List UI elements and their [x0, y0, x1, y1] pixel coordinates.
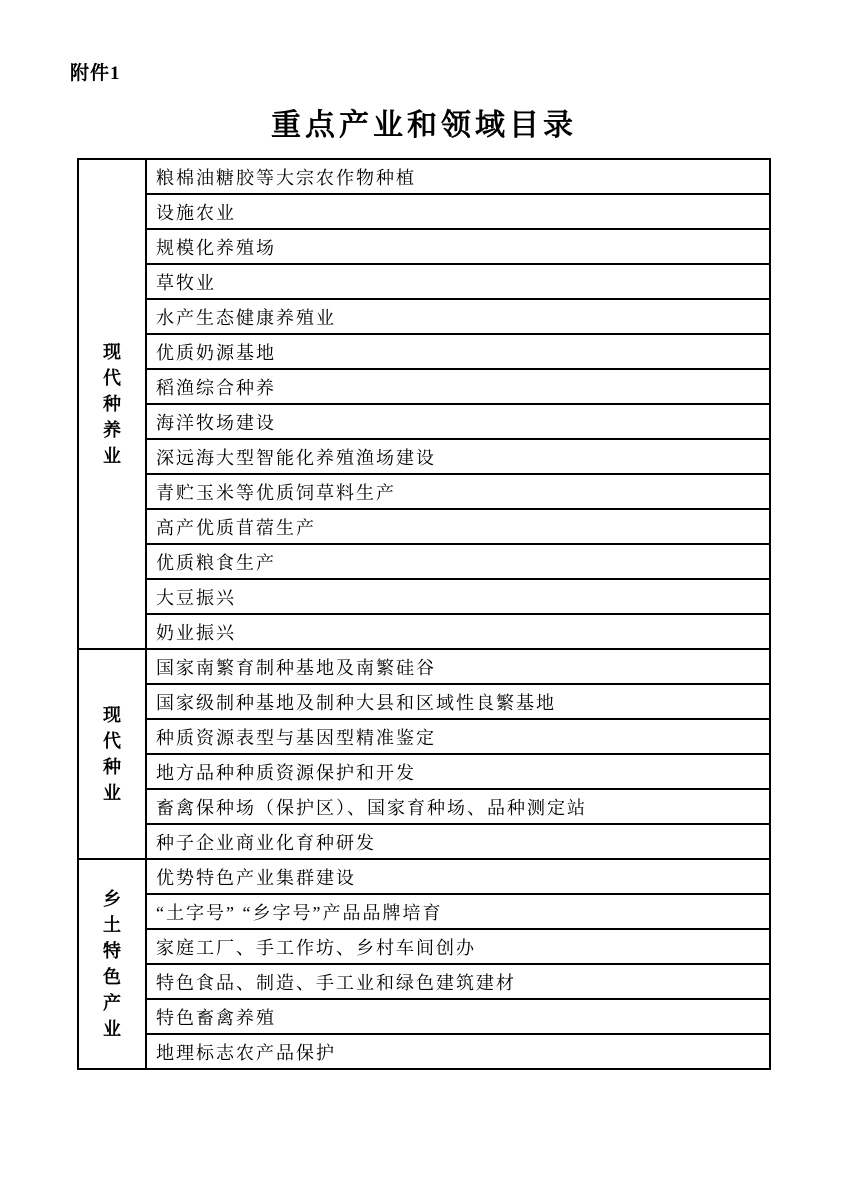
item-cell: 家庭工厂、手工作坊、乡村车间创办 — [146, 929, 770, 964]
category-char: 色 — [79, 964, 145, 990]
document-page: 附件1 重点产业和领域目录 现代种养业粮棉油糖胶等大宗农作物种植设施农业规模化养… — [0, 0, 848, 1200]
table-row: 现代种养业粮棉油糖胶等大宗农作物种植 — [78, 159, 770, 194]
table-row: 设施农业 — [78, 194, 770, 229]
category-char: 产 — [79, 990, 145, 1016]
table-row: 畜禽保种场（保护区）、国家育种场、品种测定站 — [78, 789, 770, 824]
item-cell: 国家南繁育制种基地及南繁硅谷 — [146, 649, 770, 684]
item-cell: 种子企业商业化育种研发 — [146, 824, 770, 859]
table-row: 奶业振兴 — [78, 614, 770, 649]
category-char: 业 — [79, 1016, 145, 1042]
attachment-label: 附件1 — [70, 58, 121, 85]
category-char: 代 — [79, 365, 145, 391]
category-char: 现 — [79, 702, 145, 728]
category-char: 养 — [79, 417, 145, 443]
category-char: 土 — [79, 912, 145, 938]
industry-table: 现代种养业粮棉油糖胶等大宗农作物种植设施农业规模化养殖场草牧业水产生态健康养殖业… — [77, 158, 771, 1070]
item-cell: 优质粮食生产 — [146, 544, 770, 579]
page-title: 重点产业和领域目录 — [0, 100, 848, 144]
category-char: 乡 — [79, 886, 145, 912]
table-row: 大豆振兴 — [78, 579, 770, 614]
table-row: 深远海大型智能化养殖渔场建设 — [78, 439, 770, 474]
table-row: 水产生态健康养殖业 — [78, 299, 770, 334]
item-cell: 奶业振兴 — [146, 614, 770, 649]
item-cell: 特色食品、制造、手工业和绿色建筑建材 — [146, 964, 770, 999]
category-cell: 现代种业 — [78, 649, 146, 859]
item-cell: 优势特色产业集群建设 — [146, 859, 770, 894]
category-cell: 现代种养业 — [78, 159, 146, 649]
table-row: 现代种业国家南繁育制种基地及南繁硅谷 — [78, 649, 770, 684]
table-row: 规模化养殖场 — [78, 229, 770, 264]
category-char: 现 — [79, 339, 145, 365]
table-row: 种质资源表型与基因型精准鉴定 — [78, 719, 770, 754]
table-row: 草牧业 — [78, 264, 770, 299]
item-cell: 高产优质苜蓿生产 — [146, 509, 770, 544]
item-cell: 海洋牧场建设 — [146, 404, 770, 439]
category-char: 种 — [79, 754, 145, 780]
table-row: “土字号” “乡字号”产品品牌培育 — [78, 894, 770, 929]
category-char: 业 — [79, 443, 145, 469]
industry-table-body: 现代种养业粮棉油糖胶等大宗农作物种植设施农业规模化养殖场草牧业水产生态健康养殖业… — [78, 159, 770, 1069]
table-row: 国家级制种基地及制种大县和区域性良繁基地 — [78, 684, 770, 719]
item-cell: 水产生态健康养殖业 — [146, 299, 770, 334]
item-cell: 种质资源表型与基因型精准鉴定 — [146, 719, 770, 754]
table-row: 青贮玉米等优质饲草料生产 — [78, 474, 770, 509]
item-cell: 草牧业 — [146, 264, 770, 299]
category-char: 代 — [79, 728, 145, 754]
item-cell: 大豆振兴 — [146, 579, 770, 614]
item-cell: 深远海大型智能化养殖渔场建设 — [146, 439, 770, 474]
category-char: 业 — [79, 780, 145, 806]
table-row: 特色畜禽养殖 — [78, 999, 770, 1034]
category-char: 种 — [79, 391, 145, 417]
table-row: 优质奶源基地 — [78, 334, 770, 369]
category-cell: 乡土特色产业 — [78, 859, 146, 1069]
table-row: 优质粮食生产 — [78, 544, 770, 579]
item-cell: 设施农业 — [146, 194, 770, 229]
item-cell: 稻渔综合种养 — [146, 369, 770, 404]
item-cell: 畜禽保种场（保护区）、国家育种场、品种测定站 — [146, 789, 770, 824]
item-cell: 国家级制种基地及制种大县和区域性良繁基地 — [146, 684, 770, 719]
table-row: 地方品种种质资源保护和开发 — [78, 754, 770, 789]
table-row: 地理标志农产品保护 — [78, 1034, 770, 1069]
table-row: 种子企业商业化育种研发 — [78, 824, 770, 859]
table-row: 特色食品、制造、手工业和绿色建筑建材 — [78, 964, 770, 999]
table-row: 乡土特色产业优势特色产业集群建设 — [78, 859, 770, 894]
item-cell: 地理标志农产品保护 — [146, 1034, 770, 1069]
item-cell: 青贮玉米等优质饲草料生产 — [146, 474, 770, 509]
item-cell: 地方品种种质资源保护和开发 — [146, 754, 770, 789]
item-cell: 规模化养殖场 — [146, 229, 770, 264]
item-cell: “土字号” “乡字号”产品品牌培育 — [146, 894, 770, 929]
table-row: 海洋牧场建设 — [78, 404, 770, 439]
item-cell: 特色畜禽养殖 — [146, 999, 770, 1034]
item-cell: 粮棉油糖胶等大宗农作物种植 — [146, 159, 770, 194]
table-row: 稻渔综合种养 — [78, 369, 770, 404]
item-cell: 优质奶源基地 — [146, 334, 770, 369]
table-row: 高产优质苜蓿生产 — [78, 509, 770, 544]
category-char: 特 — [79, 938, 145, 964]
table-row: 家庭工厂、手工作坊、乡村车间创办 — [78, 929, 770, 964]
